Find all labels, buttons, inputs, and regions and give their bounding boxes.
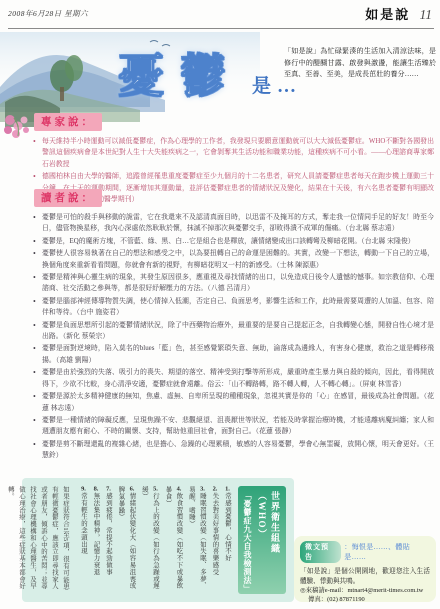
who-checklist-item: 1.常感到憂鬱，心情不好 [222,486,233,594]
reader-section-header: 讀者說： [34,189,102,207]
who-checklist-item: 8.無法集中精神，記憶力衰退 [91,486,102,594]
masthead: 如是說 11 [365,4,432,23]
who-checklist-title: 「憂鬱症九大自我檢測法」 [242,491,253,589]
item-text: 失去對美好事情的喜樂感受 [212,492,219,575]
upcoming-topics: ：悔恨是……、體貼是…… [344,542,430,562]
page-header: 2008年6月28日 星期六 如是說 11 [8,4,434,29]
reader-quote: 憂鬱是由於強烈的失落、吸引力的喪失、期望的落空、精神受到打擊等所形成，嚴重時產生… [42,367,434,390]
page-number: 11 [420,7,433,22]
reader-quote-list: 憂鬱是可怕的殺手與移動的詭雷，它在我還來不及認清真面目時，以迅雷不及掩耳的方式，… [30,212,436,462]
expert-section-header: 專家說： [34,113,102,131]
item-text: 常感到憂鬱，心情不好 [224,492,231,561]
masthead-title: 如是說 [365,7,410,22]
submission-info-box: 徵文預告 ：悔恨是……、體貼是…… 「如是說」是個公開園地，歡迎您注入生活體驗、… [294,536,436,602]
who-checklist-item: 3.睡眠習慣改變（如失眠、多夢、易醒、嗜睡） [186,486,208,594]
item-text: 情緒起伏變化大（如容易沮喪或脾氣暴躁） [118,486,136,589]
reader-section: 讀者說： 憂鬱是可怕的殺手與移動的詭雷，它在我還來不及認清真面目時，以迅雷不及掩… [30,188,436,463]
item-text: 無法集中精神，記憶力衰退 [93,492,100,575]
reader-quote: 憂鬱是源於太多精神健康的無知，焦慮、虛無、自卑所呈現的種種現象，忽視其實是你的「… [42,391,434,414]
expert-quote: 每天維持半小時運動可以減低憂鬱症，作為心理學的工作者，我發現只要願意運動就可以大… [42,136,434,170]
call-for-articles-badge: 徵文預告 [300,541,341,563]
item-text: 飲食習慣改變（如吃不下或暴飲暴食） [165,486,183,589]
reader-quote: 憂鬱是剪不斷理還亂的複雜心緒，也是擔心、急躁的心理累積，敏感的人容易憂鬱，學會心… [42,439,434,462]
item-text: 常有輕生的念頭出現 [80,492,87,554]
reader-quote: 憂鬱是一種情緒的障礙反應，呈現焦躁不安、悲觀絕望、沮喪厭世等狀況，若能及時掌握治… [42,415,434,438]
who-checklist-item: 9.常有輕生的念頭出現 [78,486,89,594]
item-text: 感到疲倦，常提不起勁做事 [105,492,112,575]
reader-quote: 憂鬱是腦部神經傳導物質失調，使心情掉入低潮，否定自己、負面思考，影響生活和工作，… [42,296,434,319]
who-checklist-item: 6.情緒起伏變化大（如容易沮喪或脾氣暴躁） [116,486,138,594]
who-checklist-panel: 世界衛生組織（WHO） 「憂鬱症九大自我檢測法」 1.常感到憂鬱，心情不好 2.… [22,478,294,602]
submission-fax: 傳真：(02) 87871190 [300,595,430,604]
newspaper-page: 2008年6月28日 星期六 如是說 11 [0,0,440,609]
article-title: 憂鬱是… [118,40,302,106]
reader-quote: 憂鬱是面對逆境時，陷入莫名的blues「藍」色，甚至感覺繁瑣失意、無助，淪落成為… [42,343,434,366]
who-checklist-item: 5.行為上的改變（如行為急躁或遲緩） [139,486,161,594]
reader-quote: 憂鬱是負面思想所引起的憂鬱情緒狀況，除了中西藥物治療外，最重要的是要自己提起正念… [42,320,434,343]
submission-description: 「如是說」是個公開園地，歡迎您注入生活體驗、悸動與共鳴。 [300,567,430,586]
who-title-box: 世界衛生組織（WHO） 「憂鬱症九大自我檢測法」 [238,486,286,594]
submission-email: ◎來稿請e-mail：mtnart4@merit-times.com.tw [300,586,430,595]
who-advice-note: 如果症狀符合1至5項，很有可能患有輕微憂鬱症，應該立即尋找家人或者朋友，傾訴心中… [5,486,76,594]
intro-paragraph: 「如是說」為忙碌緊湊的生活加入清涼法味，是修行中的醍醐甘露、啟發與激盪，能讓生活… [284,46,436,81]
article-title-main: 憂鬱 [118,51,242,102]
reader-quote: 憂鬱是可怕的殺手與移動的詭雷，它在我還來不及認清真面目時，以迅雷不及掩耳的方式，… [42,212,434,235]
reader-quote: 憂鬱使人很容易執著在自己的想法和感受之中，以為要扭轉自己的命運是困難的。其實，改… [42,248,434,271]
who-checklist-item: 4.飲食習慣改變（如吃不下或暴飲暴食） [163,486,185,594]
item-text: 行為上的改變（如行為急躁或遲緩） [141,486,159,589]
reader-quote: 憂鬱是，EQ的魔術方塊，不管藍、綠、黑、白…它是組合也是釋放，讓情緒變成出口該轉… [42,236,434,247]
who-checklist-item: 7.感到疲倦，常提不起勁做事 [103,486,114,594]
reader-quote: 憂鬱是精神與心靈生病的現象，其發生原因很多，應重視及尋找情緒的出口，以免造成日後… [42,272,434,295]
who-organization: 世界衛生組織（WHO） [256,491,282,589]
date-label: 2008年6月28日 星期六 [8,8,88,19]
item-text: 睡眠習慣改變（如失眠、多夢、易醒、嗜睡） [188,486,206,589]
who-checklist-item: 2.失去對美好事情的喜樂感受 [210,486,221,594]
